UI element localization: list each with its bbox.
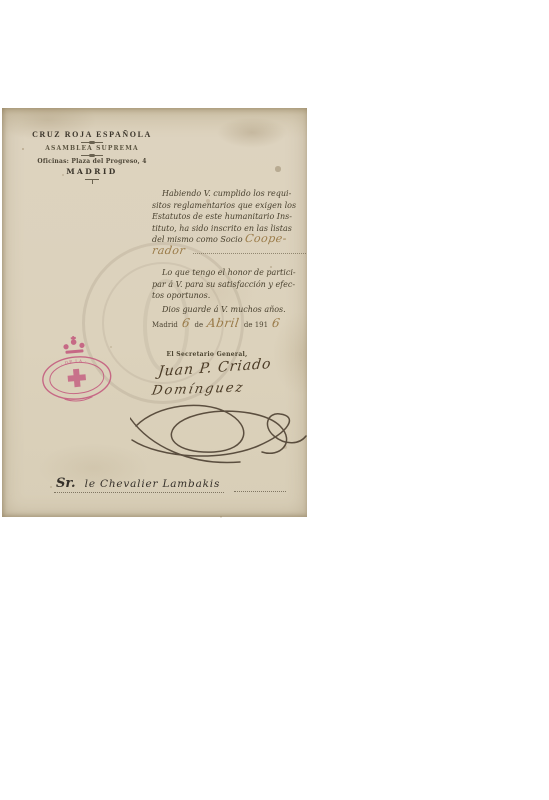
addressee-line: Sr. le Chevalier Lambakis	[54, 472, 288, 493]
scanned-document-page: CRUZ ROJA ESPAÑOLA ASAMBLEA SUPREMA Ofic…	[0, 0, 549, 800]
letterhead-address: Oficinas: Plaza del Progreso, 4	[26, 158, 158, 165]
handwritten-day: 6	[181, 318, 191, 328]
body-line: par á V. para su satisfacción y efec-	[152, 279, 308, 291]
dotted-rule	[234, 490, 286, 492]
body-line: rador	[152, 246, 308, 256]
body-line: Estatutos de este humanitario Ins-	[152, 211, 308, 223]
addressee-block: Sr. le Chevalier Lambakis	[54, 472, 288, 493]
body-line: Lo que tengo el honor de partici-	[152, 267, 308, 279]
letterhead-divider	[81, 142, 103, 143]
letter-body: Habiendo V. cumplido los requi- sitos re…	[152, 188, 308, 332]
letterhead-divider	[81, 155, 103, 156]
dotted-rule	[193, 252, 306, 254]
letter-paper: CRUZ ROJA ESPAÑOLA ASAMBLEA SUPREMA Ofic…	[2, 108, 307, 517]
handwritten-year-digit: 6	[272, 318, 282, 328]
letterhead-ornament	[85, 179, 99, 181]
handwritten-member-class-2: rador	[151, 246, 186, 256]
paper-stain-specks	[22, 148, 24, 150]
salutation-line: Dios guarde á V. muchos años.	[152, 304, 308, 316]
stamp-crown-icon	[63, 335, 86, 354]
date-year-printed: de 191	[244, 321, 268, 329]
handwritten-member-class-1: Coope-	[244, 234, 287, 244]
letterhead-division: ASAMBLEA SUPREMA	[26, 145, 158, 152]
date-line: Madrid 6 de Abril de 191 6	[152, 318, 308, 332]
letterhead-city: MADRID	[26, 167, 158, 176]
addressee-prefix: Sr.	[56, 476, 76, 491]
date-city-printed: Madrid	[152, 321, 178, 329]
addressee-name: le Chevalier Lambakis	[85, 478, 220, 490]
addressee-text: Sr. le Chevalier Lambakis	[54, 472, 224, 493]
red-cross-stamp: · DE LA ·	[35, 331, 117, 407]
letterhead-org-name: CRUZ ROJA ESPAÑOLA	[26, 130, 158, 139]
stamp-red-cross-icon	[67, 368, 87, 388]
handwritten-month: Abril	[207, 318, 241, 328]
date-de-printed: de	[195, 321, 204, 329]
body-line: sitos reglamentarios que exigen los	[152, 200, 308, 212]
letterhead: CRUZ ROJA ESPAÑOLA ASAMBLEA SUPREMA Ofic…	[26, 130, 158, 181]
body-line: tos oportunos.	[152, 290, 308, 302]
body-line: Habiendo V. cumplido los requi-	[152, 188, 308, 200]
signature-flourish	[130, 388, 310, 468]
